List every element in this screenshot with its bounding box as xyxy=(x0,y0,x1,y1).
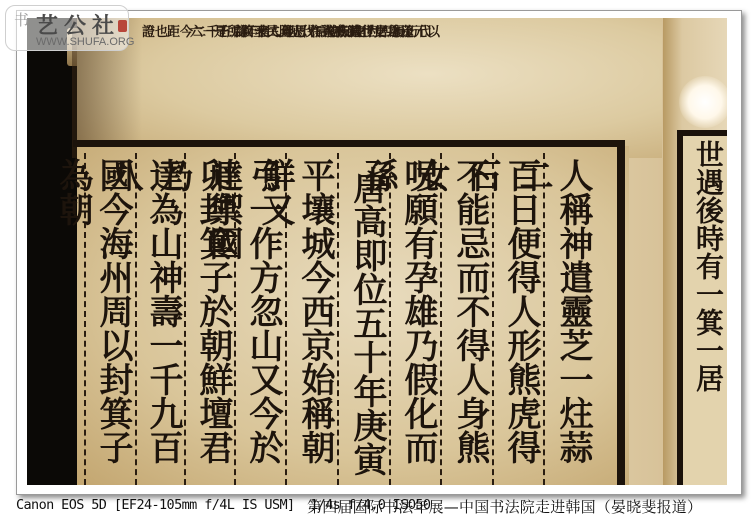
right-page-column: 世遇後時有一箕一居 xyxy=(691,140,725,392)
upper-column-0: 德世居雄蓬元以 xyxy=(349,26,440,40)
caption-title: 第四届国际书法年展—中国书法院走进韩国（晏晓斐报道） xyxy=(307,496,702,516)
watermark-logo: 书 艺公社 WWW.SHUFA.ORG xyxy=(5,5,129,51)
upper-column-5: 詳 xyxy=(235,26,248,40)
lower-page-border-top xyxy=(73,140,625,147)
lower-column-0: 人稱神遣靈芝一炷蒜二 xyxy=(549,158,593,485)
photo: 證也 距今二千五百年者 六一千二百十二年 是所叙王民圖已 詳 表人迎思宗謹識 从… xyxy=(27,18,727,485)
camera-info: Canon EOS 5D [EF24-105mm f/4L IS USM] xyxy=(16,497,295,513)
lower-column-5: 平壤城今西京始稱朝鮮又 xyxy=(291,158,335,485)
column-rule xyxy=(337,153,339,485)
logo-url: WWW.SHUFA.ORG xyxy=(36,36,134,48)
light-glare xyxy=(679,76,727,128)
lower-page-border-right xyxy=(617,140,625,485)
seal-icon xyxy=(118,20,127,32)
upper-column-9: 證也 xyxy=(142,26,168,40)
logo-side-text: 书 xyxy=(14,13,30,28)
